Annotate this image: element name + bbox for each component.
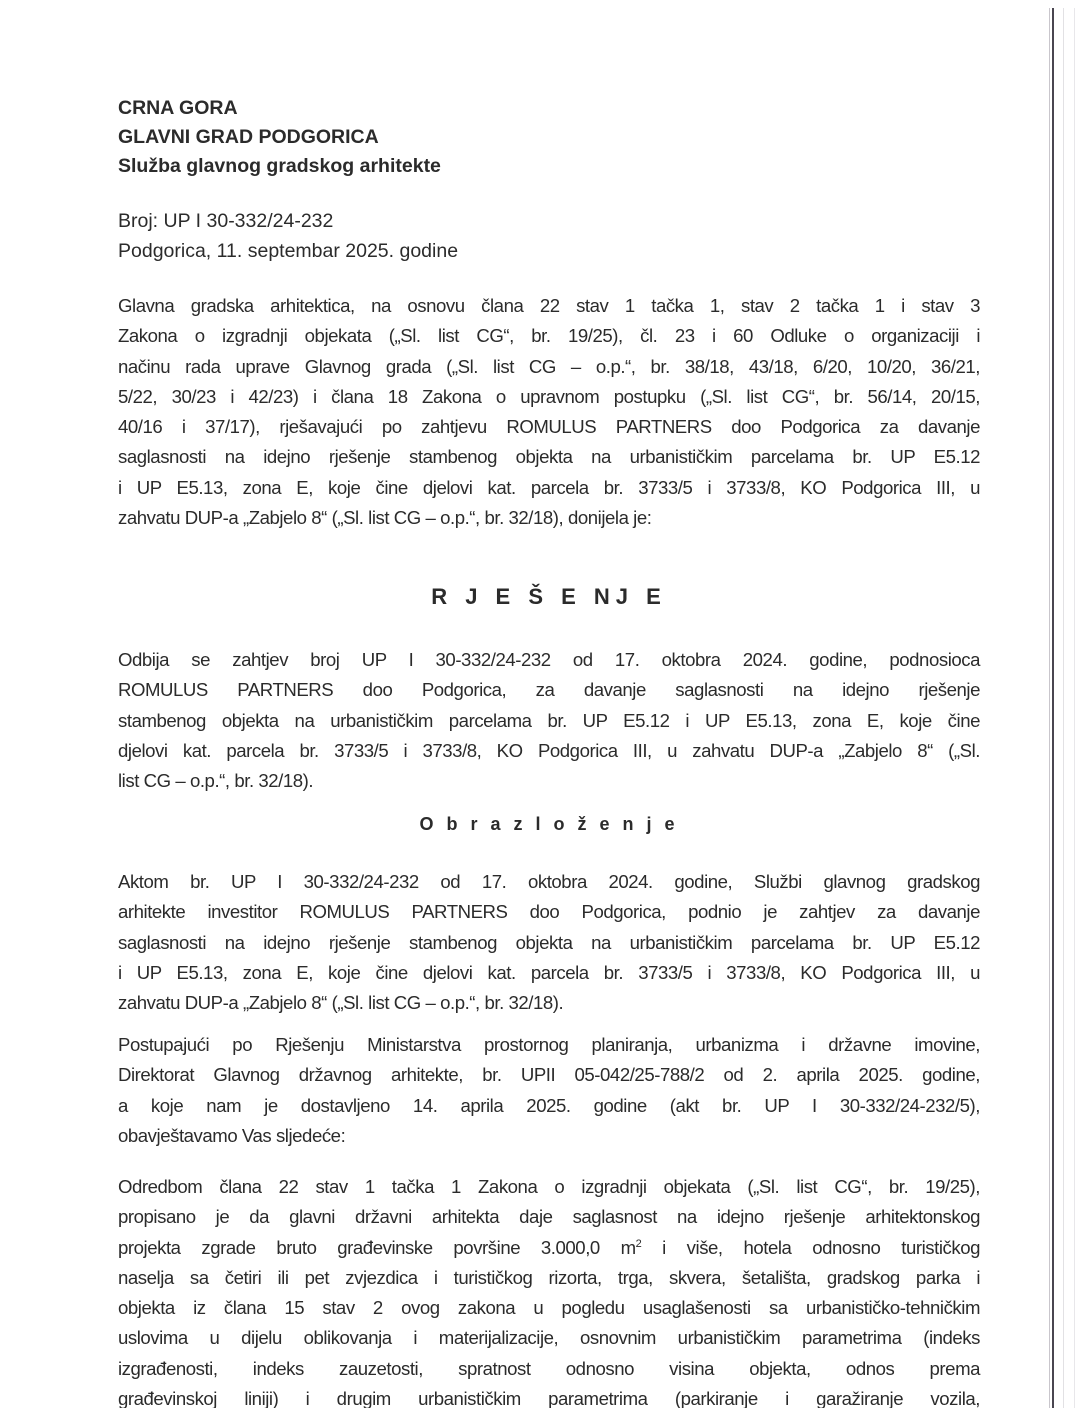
document-place-date: Podgorica, 11. septembar 2025. godine xyxy=(118,236,458,266)
text-line: Glavna gradska arhitektica, na osnovu čl… xyxy=(118,291,980,321)
text-line: obavještavamo Vas sljedeće: xyxy=(118,1121,980,1151)
reasoning-paragraph-3: Odredbom člana 22 stav 1 tačka 1 Zakona … xyxy=(118,1172,980,1408)
decision-heading: R J E Š E NJ E xyxy=(0,584,1090,610)
text-line: stambenog objekta na urbanističkim parce… xyxy=(118,706,980,736)
text-line: Postupajući po Rješenju Ministarstva pro… xyxy=(118,1030,980,1060)
text-line: načinu rada uprave Glavnog grada („Sl. l… xyxy=(118,352,980,382)
text-line: naselja sa četiri ili pet zvjezdica i tu… xyxy=(118,1263,980,1293)
text-line: građevinskoj liniji) i drugim urbanistič… xyxy=(118,1384,980,1408)
text-line: zahvatu DUP-a „Zabjelo 8“ („Sl. list CG … xyxy=(118,988,980,1018)
text-line: propisano je da glavni državni arhitekta… xyxy=(118,1202,980,1232)
text-line: arhitekte investitor ROMULUS PARTNERS do… xyxy=(118,897,980,927)
header-city: GLAVNI GRAD PODGORICA xyxy=(118,123,441,152)
scan-edge-line xyxy=(1049,8,1050,1408)
text-line: ROMULUS PARTNERS doo Podgorica, za davan… xyxy=(118,675,980,705)
text-line: zahvatu DUP-a „Zabjelo 8“ („Sl. list CG … xyxy=(118,503,980,533)
text-line: list CG – o.p.“, br. 32/18). xyxy=(118,766,980,796)
scan-edge-line xyxy=(1063,8,1064,1408)
scan-edge-line xyxy=(1052,8,1054,1408)
document-meta: Broj: UP I 30-332/24-232 Podgorica, 11. … xyxy=(118,206,458,266)
text-segment: i više, hotela odnosno turističkog xyxy=(641,1237,980,1258)
text-line: i UP E5.13, zona E, koje čine djelovi ka… xyxy=(118,958,980,988)
document-number: Broj: UP I 30-332/24-232 xyxy=(118,206,458,236)
header-country: CRNA GORA xyxy=(118,94,441,123)
reasoning-paragraph-1: Aktom br. UP I 30-332/24-232 od 17. okto… xyxy=(118,867,980,1018)
text-line: saglasnosti na idejno rješenje stambenog… xyxy=(118,928,980,958)
text-line: Zakona o izgradnji objekata („Sl. list C… xyxy=(118,321,980,351)
text-line: Direktorat Glavnog državnog arhitekte, b… xyxy=(118,1060,980,1090)
text-line: i UP E5.13, zona E, koje čine djelovi ka… xyxy=(118,473,980,503)
text-line: Odredbom člana 22 stav 1 tačka 1 Zakona … xyxy=(118,1172,980,1202)
text-line: 5/22, 30/23 i 42/23) i člana 18 Zakona o… xyxy=(118,382,980,412)
document-page: CRNA GORA GLAVNI GRAD PODGORICA Služba g… xyxy=(0,0,1090,1408)
header-office: Služba glavnog gradskog arhitekte xyxy=(118,152,441,181)
text-line: izgrađenosti, indeks zauzetosti, spratno… xyxy=(118,1354,980,1384)
scan-edge-line xyxy=(1074,8,1075,1408)
decision-paragraph: Odbija se zahtjev broj UP I 30-332/24-23… xyxy=(118,645,980,796)
text-line: 40/16 i 37/17), rješavajući po zahtjevu … xyxy=(118,412,980,442)
text-line: Aktom br. UP I 30-332/24-232 od 17. okto… xyxy=(118,867,980,897)
reasoning-paragraph-2: Postupajući po Rješenju Ministarstva pro… xyxy=(118,1030,980,1151)
text-line: objekta iz člana 15 stav 2 ovog zakona u… xyxy=(118,1293,980,1323)
text-line: Odbija se zahtjev broj UP I 30-332/24-23… xyxy=(118,645,980,675)
text-line: a koje nam je dostavljeno 14. aprila 202… xyxy=(118,1091,980,1121)
text-line: uslovima u dijelu oblikovanja i materija… xyxy=(118,1323,980,1353)
text-line: djelovi kat. parcela br. 3733/5 i 3733/8… xyxy=(118,736,980,766)
text-line: saglasnosti na idejno rješenje stambenog… xyxy=(118,442,980,472)
intro-paragraph: Glavna gradska arhitektica, na osnovu čl… xyxy=(118,291,980,533)
text-segment: projekta zgrade bruto građevinske površi… xyxy=(118,1237,636,1258)
text-line: projekta zgrade bruto građevinske površi… xyxy=(118,1233,980,1263)
reasoning-heading: O b r a z l o ž e n j e xyxy=(0,814,1090,835)
document-header: CRNA GORA GLAVNI GRAD PODGORICA Služba g… xyxy=(118,94,441,181)
